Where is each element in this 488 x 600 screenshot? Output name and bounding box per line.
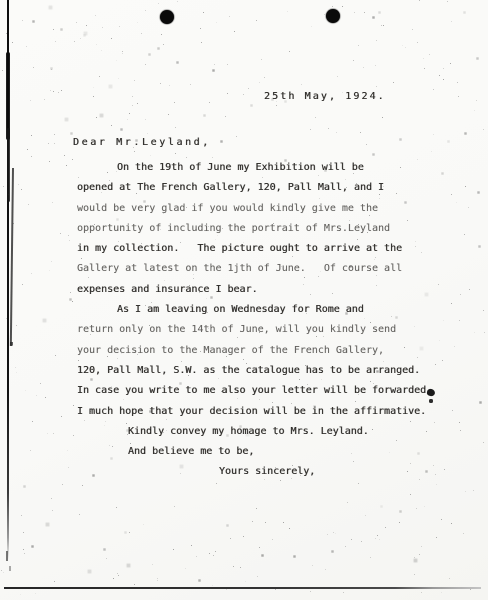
scanned-letter-page: 25th May, 1924. Dear Mr.Leyland, On the …	[0, 0, 488, 600]
page-border-left-foot-mark	[9, 566, 11, 571]
letter-line: On the 19th of June my Exhibition will b…	[77, 158, 480, 178]
punch-hole	[326, 9, 340, 23]
page-border-left-smudge	[7, 128, 10, 202]
letter-line: opened at The French Gallery, 120, Pall …	[77, 178, 480, 198]
letter-salutation: Dear Mr.Leyland,	[73, 137, 211, 148]
letter-line: I much hope that your decision will be i…	[77, 402, 480, 422]
scan-noise	[0, 0, 1, 1]
page-border-left-hook	[10, 342, 13, 346]
letter-line: in my collection. The picture ought to a…	[77, 239, 480, 259]
page-border-left-double-line	[10, 168, 14, 346]
letter-line: Kindly convey my homage to Mrs. Leyland.	[77, 422, 480, 442]
letter-line: As I am leaving on Wednesday for Rome an…	[77, 300, 480, 320]
page-border-left-foot-mark	[6, 551, 8, 561]
letter-body: On the 19th of June my Exhibition will b…	[77, 158, 480, 483]
letter-line: And believe me to be,	[77, 442, 480, 462]
letter-line: Gallery at latest on the 1jth of June. O…	[77, 259, 480, 279]
letter-line: would be very glad if you would kindly g…	[77, 199, 480, 219]
letter-line: expenses and insurance I bear.	[77, 280, 480, 300]
page-border-left-smudge	[6, 52, 10, 140]
letter-line: return only on the 14th of June, will yo…	[77, 320, 480, 340]
punch-hole	[160, 10, 174, 24]
letter-line: your decision to the Manager of the Fren…	[77, 341, 480, 361]
letter-line: 120, Pall Mall, S.W. as the catalogue ha…	[77, 361, 480, 381]
letter-line: Yours sincerely,	[77, 462, 480, 482]
page-border-bottom	[4, 587, 481, 589]
letter-line: In case you write to me also your letter…	[77, 381, 480, 401]
letter-date: 25th May, 1924.	[264, 91, 386, 102]
letter-line: opportunity of including the portrait of…	[77, 219, 480, 239]
